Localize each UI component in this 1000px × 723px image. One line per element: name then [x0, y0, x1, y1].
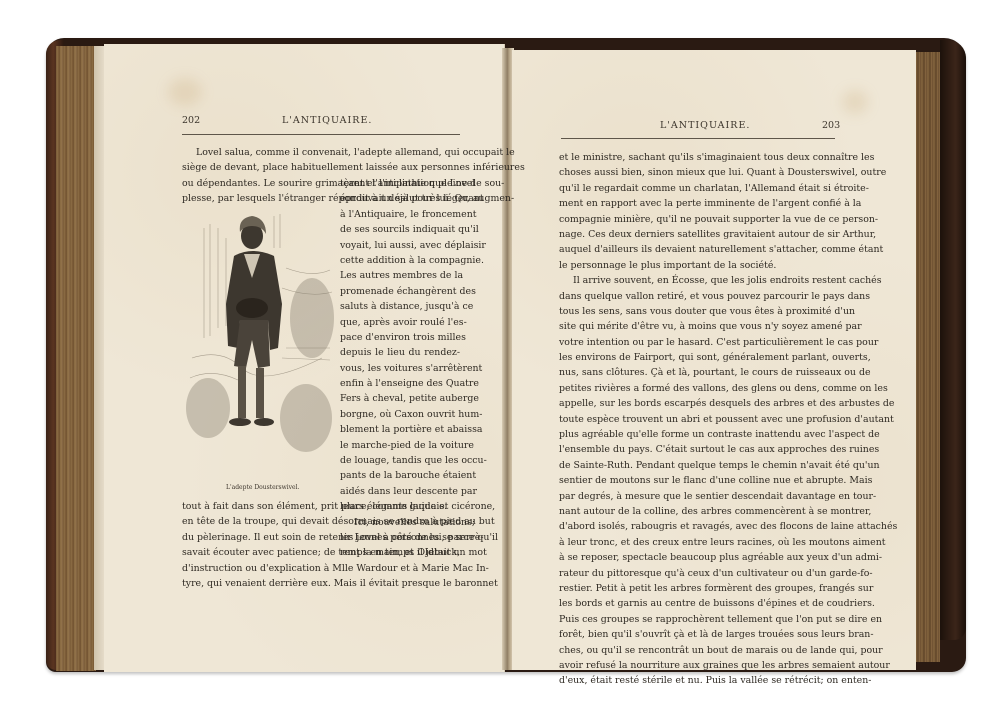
text-line: les environs de Fairport, qui sont, géné…	[559, 350, 837, 365]
text-line: et le ministre, sachant qu'ils s'imagina…	[559, 150, 837, 165]
text-line: savait écouter avec patience; de temps e…	[182, 545, 460, 560]
text-line: Puis ces groupes se rapprochèrent tellem…	[559, 612, 837, 627]
illustration-caption: L'adepte Dousterswivel.	[226, 484, 299, 491]
cover-right-edge	[940, 40, 966, 640]
text-line: choses aussi bien, sinon mieux que lui. …	[559, 165, 837, 180]
text-line: restier. Petit à petit les arbres formèr…	[559, 581, 837, 596]
foxing-stain	[842, 90, 868, 114]
text-line: saluts à distance, jusqu'à ce	[340, 299, 460, 314]
text-line: cette addition à la compagnie.	[340, 253, 460, 268]
text-line: dans quelque vallon retiré, et vous pouv…	[559, 289, 837, 304]
engraving-illustration	[182, 208, 334, 476]
text-line: en tête de la troupe, qui devait désorma…	[182, 514, 460, 529]
text-line: à leur tronc, et des creux entre leurs r…	[559, 535, 837, 550]
text-line: de louage, tandis que les occu-	[340, 453, 460, 468]
right-header-rule	[561, 138, 835, 139]
text-line: plus agréable qu'elle forme un contraste…	[559, 427, 837, 442]
text-line: forêt, bien qu'il s'ouvrît çà et là de l…	[559, 627, 837, 642]
text-line: promenade échangèrent des	[340, 284, 460, 299]
text-line: avoir refusé la nourriture aux graines q…	[559, 658, 837, 673]
text-line: sentier de moutons sur le flanc d'une co…	[559, 473, 837, 488]
text-line: petites rivières a formé des vallons, de…	[559, 381, 837, 396]
text-line: ment en rapport avec la perte imminente …	[559, 196, 837, 211]
text-line: ches, ou qu'il se rencontrât un bout de …	[559, 643, 837, 658]
text-line: de Sainte-Ruth. Pendant quelque temps le…	[559, 458, 837, 473]
text-line: tyre, qui venaient derrière eux. Mais il…	[182, 576, 460, 591]
left-page-number: 202	[182, 115, 200, 126]
text-line: voyait, lui aussi, avec déplaisir	[340, 238, 460, 253]
text-line: d'abord isolés, rabougris et ravagés, av…	[559, 519, 837, 534]
text-line: site qui mérite d'être vu, à moins que v…	[559, 319, 837, 334]
text-line: qu'il le regardait comme un charlatan, l…	[559, 181, 837, 196]
text-line: aidés dans leur descente par	[340, 484, 460, 499]
left-running-head: L'ANTIQUAIRE.	[282, 115, 372, 126]
text-line: par degrés, à mesure que le sentier desc…	[559, 489, 837, 504]
text-line: Il arrive souvent, en Écosse, que les jo…	[559, 273, 837, 288]
right-running-head: L'ANTIQUAIRE.	[660, 120, 750, 131]
text-line: du pèlerinage. Il eut soin de retenir Lo…	[182, 530, 460, 545]
text-line: nus, sans clôtures. Çà et là, pourtant, …	[559, 365, 837, 380]
text-line: pace d'environ trois milles	[340, 330, 460, 345]
text-line: rateur du pittoresque qu'à ceux d'un cul…	[559, 566, 837, 581]
text-line: vous, les voitures s'arrêtèrent	[340, 361, 460, 376]
text-line: appelle, sur les bords escarpés desquels…	[559, 396, 837, 411]
text-line: nant autour de la colline, des arbres co…	[559, 504, 837, 519]
man-with-hat-engraving-icon	[182, 208, 334, 476]
left-header-rule	[182, 134, 460, 135]
text-line: siège de devant, place habituellement la…	[182, 160, 460, 175]
right-page-number: 203	[822, 120, 840, 131]
text-line: l'ensemble du pays. C'était surtout le c…	[559, 442, 837, 457]
text-line: enfin à l'enseigne des Quatre	[340, 376, 460, 391]
text-line: le marche-pied de la voiture	[340, 438, 460, 453]
text-line: Les autres membres de la	[340, 268, 460, 283]
text-line: les bords et garnis au centre de buisson…	[559, 596, 837, 611]
text-line: votre intention ou par le hasard. C'est …	[559, 335, 837, 350]
page-block-left-edge	[56, 46, 96, 671]
text-line: de ses sourcils indiquait qu'il	[340, 222, 460, 237]
text-line: tout à fait dans son élément, prit place…	[182, 499, 460, 514]
text-line: à se reposer, spectacle beaucoup plus ag…	[559, 550, 837, 565]
text-line: borgne, où Caxon ouvrit hum-	[340, 407, 460, 422]
text-line: d'eux, était resté stérile et nu. Puis l…	[559, 673, 837, 688]
page-block-right-edge	[914, 52, 940, 662]
text-line: que, après avoir roulé l'es-	[340, 315, 460, 330]
text-line: auquel d'ailleurs ils devaient naturelle…	[559, 242, 837, 257]
foxing-stain	[168, 78, 202, 106]
text-line: éprouvait déjà pour lui. Quant	[340, 191, 460, 206]
text-line: compagnie minière, qu'il ne pouvait supp…	[559, 212, 837, 227]
text-line: Lovel salua, comme il convenait, l'adept…	[182, 145, 460, 160]
left-text-bottom: tout à fait dans son élément, prit place…	[182, 499, 460, 591]
text-line: toute espèce trouvent un abri et poussen…	[559, 412, 837, 427]
open-book: 202 L'ANTIQUAIRE. Lovel salua, comme il …	[0, 0, 1000, 723]
text-line: nage. Ces deux derniers satellites gravi…	[559, 227, 837, 242]
text-line: pants de la barouche étaient	[340, 468, 460, 483]
text-line: Fers à cheval, petite auberge	[340, 391, 460, 406]
text-line: à l'Antiquaire, le froncement	[340, 207, 460, 222]
text-line: d'instruction ou d'explication à Mlle Wa…	[182, 561, 460, 576]
text-line: tèrent l'antipathie que Lovel	[340, 176, 460, 191]
text-line: tous les sens, sans vous douter que vous…	[559, 304, 837, 319]
text-line: depuis le lieu du rendez-	[340, 345, 460, 360]
text-line: blement la portière et abaissa	[340, 422, 460, 437]
right-text: et le ministre, sachant qu'ils s'imagina…	[559, 150, 837, 689]
text-line: le personnage le plus important de la so…	[559, 258, 837, 273]
